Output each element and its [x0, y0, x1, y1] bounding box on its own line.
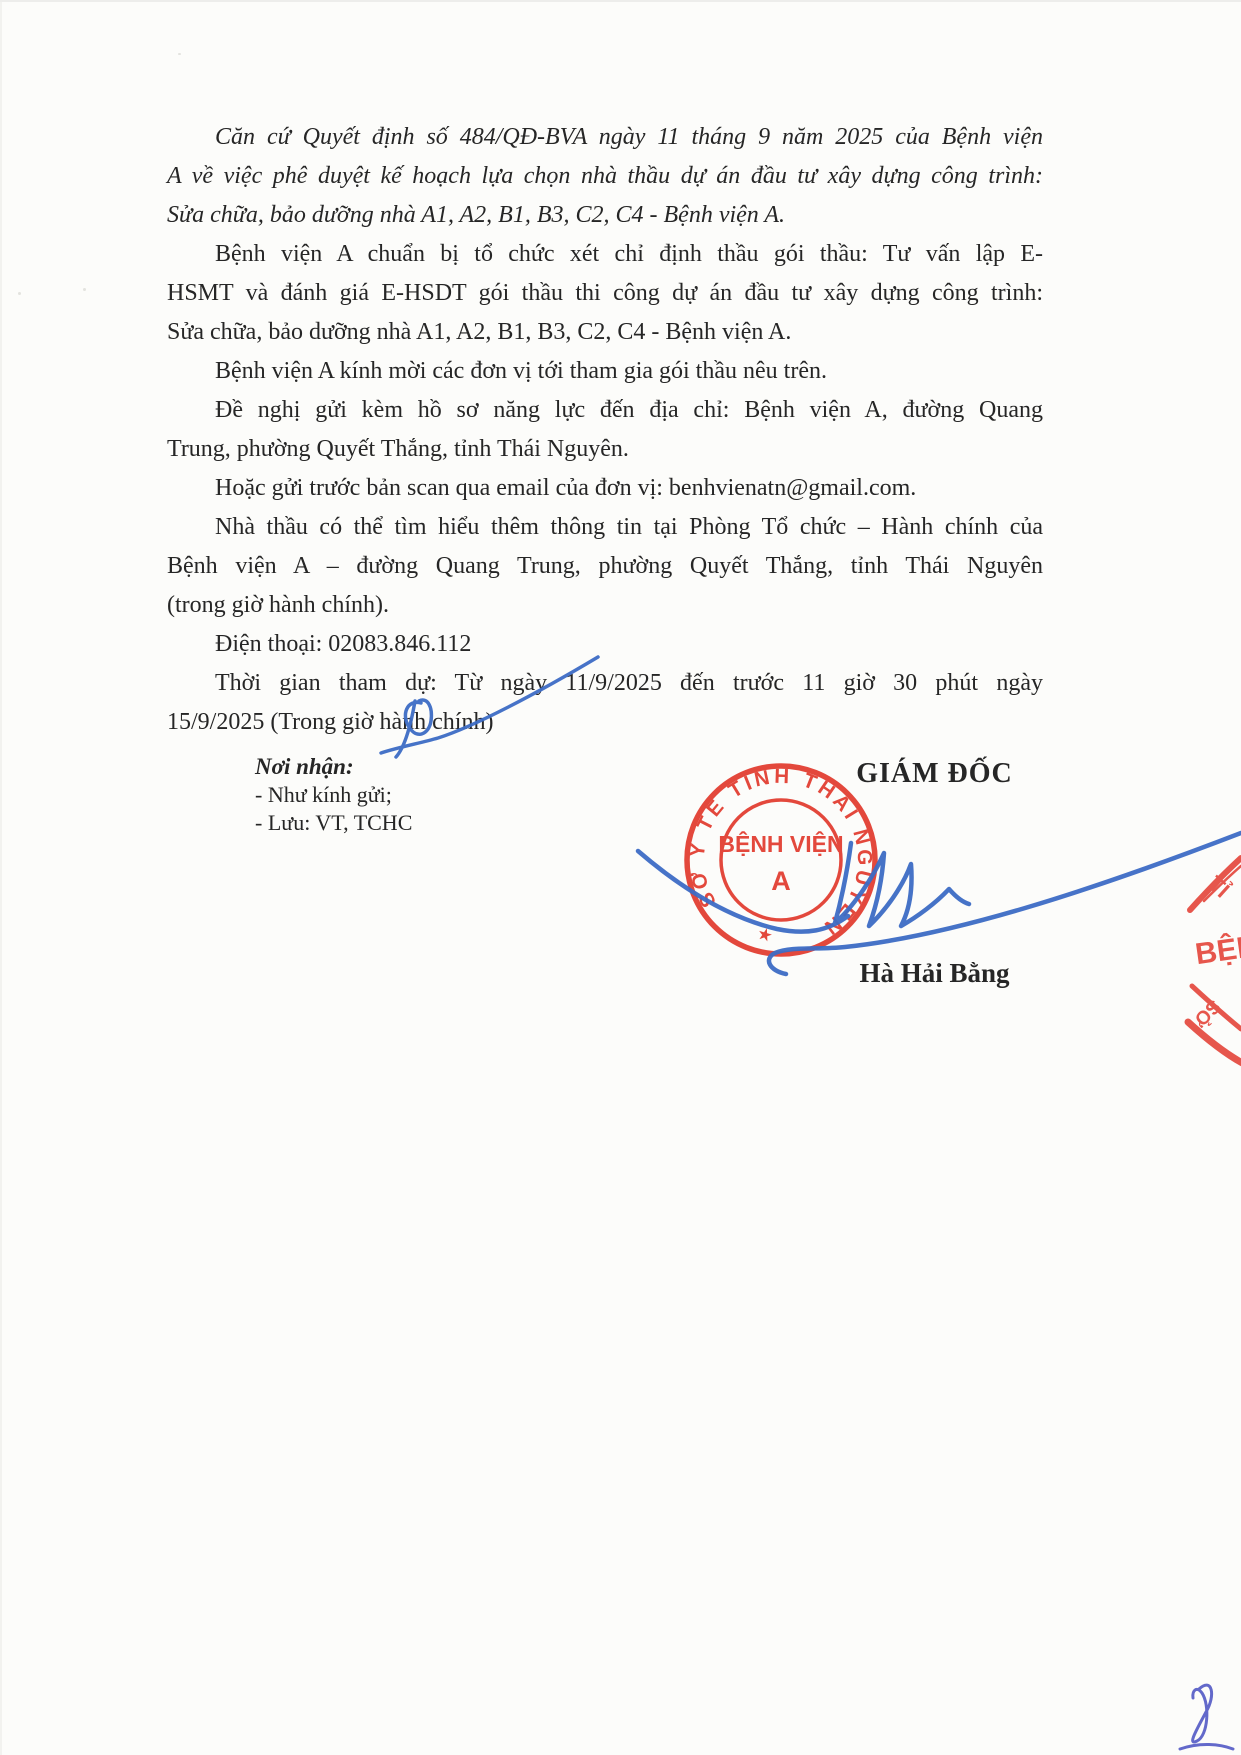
recipient-item: - Như kính gửi; — [255, 781, 412, 809]
partial-stamp: TỈ BỆN SỞ — [1130, 760, 1241, 1100]
letter-body: Căn cứ Quyết định số 484/QĐ-BVA ngày 11 … — [167, 118, 1043, 742]
letter-line: HSMT và đánh giá E-HSDT gói thầu thi côn… — [167, 274, 1043, 313]
scanned-letter-page: Căn cứ Quyết định số 484/QĐ-BVA ngày 11 … — [0, 0, 1241, 1755]
stamp-center-line2: A — [771, 866, 791, 896]
recipients-block: Nơi nhận: - Như kính gửi; - Lưu: VT, TCH… — [255, 753, 412, 837]
letter-line: Bệnh viện A kính mời các đơn vị tới tham… — [167, 352, 1043, 391]
partial-stamp-arc — [1204, 866, 1241, 901]
recipients-label: Nơi nhận: — [255, 753, 412, 781]
director-title: GIÁM ĐỐC — [856, 758, 1013, 789]
letter-line: Thời gian tham dự: Từ ngày 11/9/2025 đến… — [167, 664, 1043, 703]
scan-speck — [178, 53, 181, 55]
partial-stamp-mid-letters: BỆN — [1193, 929, 1241, 971]
letter-line: Bệnh viện A – đường Quang Trung, phường … — [167, 547, 1043, 586]
letter-line: Đề nghị gửi kèm hồ sơ năng lực đến địa c… — [167, 391, 1043, 430]
director-title-block: GIÁM ĐỐC — [792, 758, 1077, 790]
partial-stamp-bottom-letters: SỞ — [1188, 995, 1225, 1032]
letter-line: Hoặc gửi trước bản scan qua email của đơ… — [167, 469, 1043, 508]
stamp-center-line1: BỆNH VIỆN — [718, 830, 843, 857]
letter-line: 15/9/2025 (Trong giờ hành chính) — [167, 703, 1043, 742]
stamp-outer-ring — [687, 766, 875, 954]
scan-speck — [83, 288, 86, 291]
stamp-ring-text: SỞ Y TẾ TỈNH THÁI NGUYÊN — [685, 765, 876, 941]
letter-line: A về việc phê duyệt kế hoạch lựa chọn nh… — [167, 157, 1043, 196]
phone-line: Điện thoại: 02083.846.112 — [167, 625, 1043, 664]
partial-stamp-arc — [1188, 1022, 1241, 1066]
letter-line: Sửa chữa, bảo dưỡng nhà A1, A2, B1, B3, … — [167, 196, 1043, 235]
letter-line: Sửa chữa, bảo dưỡng nhà A1, A2, B1, B3, … — [167, 313, 1043, 352]
stamp-star: ★ — [755, 924, 774, 945]
stamp-inner-ring — [721, 800, 841, 920]
scan-speck — [18, 292, 21, 295]
signer-name: Hà Hải Bằng — [792, 958, 1077, 989]
partial-stamp-arc — [1190, 858, 1241, 910]
letter-line: Bệnh viện A chuẩn bị tổ chức xét chỉ địn… — [167, 235, 1043, 274]
letter-line: (trong giờ hành chính). — [167, 586, 1043, 625]
partial-stamp-top-letters: TỈ — [1203, 871, 1234, 903]
letter-line: Căn cứ Quyết định số 484/QĐ-BVA ngày 11 … — [167, 118, 1043, 157]
letter-line: Nhà thầu có thể tìm hiểu thêm thông tin … — [167, 508, 1043, 547]
letter-line: Trung, phường Quyết Thắng, tỉnh Thái Ngu… — [167, 430, 1043, 469]
main-signature-ink — [638, 833, 1241, 974]
corner-ink — [1180, 1685, 1233, 1749]
partial-stamp-arc — [1192, 986, 1241, 1029]
svg-text:SỞ Y TẾ TỈNH THÁI NGUYÊN: SỞ Y TẾ TỈNH THÁI NGUYÊN — [685, 765, 876, 941]
recipient-item: - Lưu: VT, TCHC — [255, 809, 412, 837]
